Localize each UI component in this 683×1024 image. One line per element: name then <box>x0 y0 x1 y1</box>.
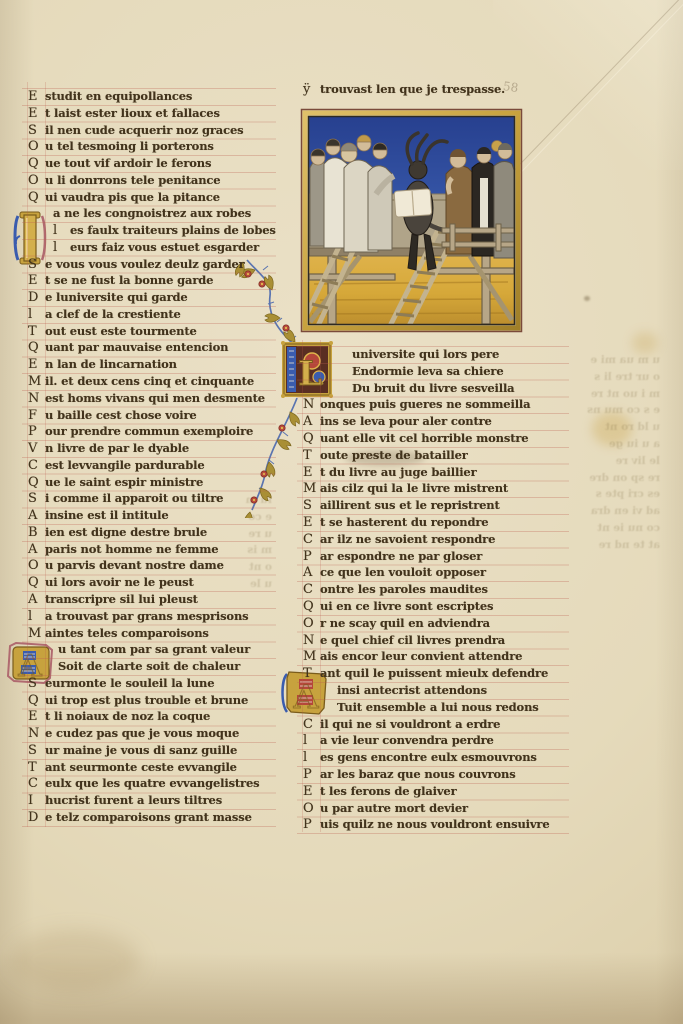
versal-letter: T <box>28 760 45 777</box>
versal-letter: E <box>303 784 320 801</box>
verse-text: ais encor leur convient attendre <box>320 649 522 663</box>
verse-line: Mil. et deux cens cinq et cinquante <box>28 373 272 390</box>
verse-line: Ou parvis devant nostre dame <box>28 557 272 574</box>
versal-letter: I <box>28 793 45 810</box>
verse-line: Se vous vous voulez deulz garder <box>28 256 272 273</box>
versal-letter: P <box>28 424 45 441</box>
verse-text: oute preste de batailler <box>320 448 468 462</box>
versal-letter: E <box>28 273 45 290</box>
versal-letter: P <box>303 817 320 834</box>
versal-letter: C <box>303 532 320 549</box>
verse-line: la vie leur convendra perdre <box>303 732 565 749</box>
verse-line: Qui vaudra pis que la pitance <box>28 189 272 206</box>
verse-line: Par les baraz que nous couvrons <box>303 766 565 783</box>
verse-line: Estudit en equipollances <box>28 88 272 105</box>
versal-letter: O <box>303 616 320 633</box>
verse-line: Ceulx que les quatre evvangelistres <box>28 775 272 792</box>
verse-text: ant seurmonte ceste evvangile <box>45 760 237 774</box>
versal-letter: C <box>28 458 45 475</box>
versal-letter: Q <box>303 599 320 616</box>
versal-letter: E <box>28 709 45 726</box>
header-verse-line: ÿtrouvast len que je trespasse. <box>303 81 505 98</box>
versal-letter: O <box>28 173 45 190</box>
versal-letter: A <box>303 565 320 582</box>
verse-line: Si comme il apparoit ou tiltre <box>28 490 272 507</box>
verse-text: ui trop est plus trouble et brune <box>45 693 248 707</box>
verse-line: universite qui lors pere <box>303 346 565 363</box>
verse-line: Quant par mauvaise entencion <box>28 339 272 356</box>
verse-text: ui en ce livre sont escriptes <box>320 599 493 613</box>
versal-letter: N <box>28 391 45 408</box>
verse-line: Ou par autre mort devier <box>303 800 565 817</box>
verse-line: leurs faiz vous estuet esgarder <box>28 239 272 256</box>
verse-text: il. et deux cens cinq et cinquante <box>45 374 254 388</box>
verse-text: eulx que les quatre evvangelistres <box>45 776 259 790</box>
versal-letter: C <box>303 582 320 599</box>
verse-text: uant par mauvaise entencion <box>45 340 228 354</box>
verse-text: t du livre au juge baillier <box>320 465 477 479</box>
verse-text: onques puis gueres ne sommeilla <box>320 397 530 411</box>
verse-text: est levvangile pardurable <box>45 458 205 472</box>
verse-text: n lan de lincarnation <box>45 357 177 371</box>
verse-line: Nonques puis gueres ne sommeilla <box>303 396 565 413</box>
verse-text: ur maine je vous di sanz guille <box>45 743 237 757</box>
verse-text: a vie leur convendra perdre <box>320 733 494 747</box>
verse-line: Par espondre ne par gloser <box>303 548 565 565</box>
versal-letter: D <box>28 290 45 307</box>
verse-line: Vn livre de par le dyable <box>28 440 272 457</box>
verse-text: e vous vous voulez deulz garder <box>45 257 245 271</box>
stain-yellow-small <box>632 332 658 354</box>
verse-line: Cil qui ne si vouldront a erdre <box>303 716 565 733</box>
verse-text: i comme il apparoit ou tiltre <box>45 491 223 505</box>
versal-letter: D <box>28 810 45 827</box>
verse-line: Soit de clarte soit de chaleur <box>28 658 272 675</box>
verse-text: ue le saint espir ministre <box>45 475 203 489</box>
verse-line: Pour prendre commun exemploire <box>28 423 272 440</box>
versal-letter: A <box>28 508 45 525</box>
verse-text: t les ferons de glaiver <box>320 784 457 798</box>
verse-text: e luniversite qui garde <box>45 290 188 304</box>
fold-crease <box>512 0 683 173</box>
versal-letter: Q <box>28 575 45 592</box>
verse-text: u tel tesmoing li porterons <box>45 139 214 153</box>
verse-line: De luniversite qui garde <box>28 289 272 306</box>
left-text-column: Estudit en equipollances Et laist ester … <box>28 88 272 826</box>
verse-line: Ne quel chief cil livres prendra <box>303 632 565 649</box>
verse-line: Puis quilz ne nous vouldront ensuivre <box>303 816 565 833</box>
versal-letter: Q <box>28 156 45 173</box>
verse-line: Ou tel tesmoing li porterons <box>28 138 272 155</box>
verse-line: Aparis not homme ne femme <box>28 541 272 558</box>
verse-line: a ne les congnoistrez aux robes <box>28 205 272 222</box>
verse-text: r ne scay quil en adviendra <box>320 616 490 630</box>
stain-speck <box>584 296 590 301</box>
verse-line: Ainsine est il intitule <box>28 507 272 524</box>
verse-text: ui vaudra pis que la pitance <box>45 190 220 204</box>
versal-letter: M <box>28 626 45 643</box>
verse-text: n livre de par le dyable <box>45 441 189 455</box>
verse-line: la clef de la crestiente <box>28 306 272 323</box>
verse-text: ontre les paroles maudites <box>320 582 488 596</box>
versal-letter: E <box>28 89 45 106</box>
versal-letter: P <box>303 549 320 566</box>
manuscript-page: u m ua mi eo ur tre li sm i uo nt ree s … <box>0 0 683 1024</box>
versal-letter: l <box>53 223 70 240</box>
miniature-devil-on-scaffold <box>300 108 523 333</box>
versal-letter: Q <box>28 190 45 207</box>
verse-text: aintes teles comparoisons <box>45 626 209 640</box>
verse-text: t laist ester lioux et fallaces <box>45 106 220 120</box>
verse-text: t se hasterent du repondre <box>320 515 488 529</box>
verse-line: les gens encontre eulx esmouvrons <box>303 749 565 766</box>
versal-letter: Q <box>303 431 320 448</box>
versal-letter: S <box>303 498 320 515</box>
right-text-column: universite qui lors pere Endormie leva s… <box>303 346 565 833</box>
verse-text: il qui ne si vouldront a erdre <box>320 717 500 731</box>
verse-line: Ihucrist furent a leurs tiltres <box>28 792 272 809</box>
verse-line: Tant seurmonte ceste evvangile <box>28 759 272 776</box>
verse-text: a clef de la crestiente <box>45 307 181 321</box>
verse-text: e quel chief cil livres prendra <box>320 633 505 647</box>
verse-text: uant elle vit cel horrible monstre <box>320 431 528 445</box>
versal-letter: O <box>28 558 45 575</box>
versal-letter: E <box>303 515 320 532</box>
verse-text: Endormie leva sa chiere <box>352 364 503 378</box>
versal-letter: O <box>28 139 45 156</box>
verse-line: Endormie leva sa chiere <box>303 363 565 380</box>
verse-text: ar ilz ne savoient respondre <box>320 532 495 546</box>
verse-text: insine est il intitule <box>45 508 169 522</box>
versal-letter: E <box>28 357 45 374</box>
verse-text: Soit de clarte soit de chaleur <box>58 659 240 673</box>
versal-letter: A <box>303 414 320 431</box>
versal-letter: A <box>28 592 45 609</box>
versal-letter: S <box>28 257 45 274</box>
verse-line: Et laist ester lioux et fallaces <box>28 105 272 122</box>
verse-line: Toute preste de batailler <box>303 447 565 464</box>
verse-line: Et se ne fust la bonne garde <box>28 272 272 289</box>
verse-line: u tant com par sa grant valeur <box>28 641 272 658</box>
versal-letter: N <box>303 633 320 650</box>
versal-letter: M <box>303 481 320 498</box>
verse-text: es gens encontre eulx esmouvrons <box>320 750 537 764</box>
versal-letter: T <box>28 324 45 341</box>
versal-letter: V <box>28 441 45 458</box>
versal-letter: A <box>28 542 45 559</box>
verse-line: Qui trop est plus trouble et brune <box>28 692 272 709</box>
verse-line: Ou li donrrons tele penitance <box>28 172 272 189</box>
verse-line: Or ne scay quil en adviendra <box>303 615 565 632</box>
verse-line: Tuit ensemble a lui nous redons <box>303 699 565 716</box>
verse-text: hucrist furent a leurs tiltres <box>45 793 222 807</box>
versal-letter: N <box>303 397 320 414</box>
versal-letter: l <box>303 750 320 767</box>
verse-text: u tant com par sa grant valeur <box>58 642 250 656</box>
verse-text: e cudez pas que je vous moque <box>45 726 239 740</box>
verse-text: Tuit ensemble a lui nous redons <box>337 700 539 714</box>
verse-line: Mais cilz qui la le livre mistrent <box>303 480 565 497</box>
versal-letter: M <box>303 649 320 666</box>
verse-line: En lan de lincarnation <box>28 356 272 373</box>
verse-line: Quant elle vit cel horrible monstre <box>303 430 565 447</box>
verse-text: il nen cude acquerir noz graces <box>45 123 243 137</box>
versal-letter: F <box>28 408 45 425</box>
versal-letter: C <box>303 717 320 734</box>
verse-line: la trouvast par grans mesprisons <box>28 608 272 625</box>
versal-letter: T <box>303 448 320 465</box>
verse-text: u baille cest chose voire <box>45 408 197 422</box>
versal-letter: l <box>303 733 320 750</box>
versal-letter: C <box>28 776 45 793</box>
versal-letter: ÿ <box>303 81 320 98</box>
verse-text: universite qui lors pere <box>352 347 499 361</box>
verse-line: Et du livre au juge baillier <box>303 464 565 481</box>
verse-text: our prendre commun exemploire <box>45 424 253 438</box>
verse-line: Qui lors avoir ne le peust <box>28 574 272 591</box>
verse-line: Mais encor leur convient attendre <box>303 648 565 665</box>
versal-letter: Q <box>28 693 45 710</box>
verse-line: Tant quil le puissent mieulx defendre <box>303 665 565 682</box>
versal-letter: E <box>303 465 320 482</box>
verse-text: ien est digne destre brule <box>45 525 207 539</box>
verse-text: t li noiaux de noz la coque <box>45 709 210 723</box>
fold-crease-highlight <box>516 0 683 178</box>
versal-letter: N <box>28 726 45 743</box>
verse-text: ant quil le puissent mieulx defendre <box>320 666 548 680</box>
verse-line: Saillirent sus et le repristrent <box>303 497 565 514</box>
versal-letter: O <box>303 801 320 818</box>
verse-line: Que tout vif ardoir le ferons <box>28 155 272 172</box>
verse-text: u par autre mort devier <box>320 801 468 815</box>
verse-line: Fu baille cest chose voire <box>28 407 272 424</box>
verse-text: transcripre sil lui pleust <box>45 592 198 606</box>
verse-text: aillirent sus et le repristrent <box>320 498 500 512</box>
verse-line: Sil nen cude acquerir noz graces <box>28 122 272 139</box>
verse-text: ce que len vouloit opposer <box>320 565 486 579</box>
verse-line: Sur maine je vous di sanz guille <box>28 742 272 759</box>
verse-line: insi antecrist attendons <box>303 682 565 699</box>
verse-text: ais cilz qui la le livre mistrent <box>320 481 508 495</box>
versal-letter: l <box>53 240 70 257</box>
versal-letter: T <box>303 666 320 683</box>
verse-line: Et les ferons de glaiver <box>303 783 565 800</box>
verse-line: Ace que len vouloit opposer <box>303 564 565 581</box>
verse-line: Car ilz ne savoient respondre <box>303 531 565 548</box>
verse-text: est homs vivans qui men desmente <box>45 391 265 405</box>
versal-letter: Q <box>28 340 45 357</box>
verse-line: Que le saint espir ministre <box>28 474 272 491</box>
verse-line: Maintes teles comparoisons <box>28 625 272 642</box>
verse-line: Contre les paroles maudites <box>303 581 565 598</box>
versal-letter: B <box>28 525 45 542</box>
verse-line: Nest homs vivans qui men desmente <box>28 390 272 407</box>
verse-text: ui lors avoir ne le peust <box>45 575 194 589</box>
verse-text: ar les baraz que nous couvrons <box>320 767 516 781</box>
verse-text: eurmonte le souleil la lune <box>45 676 214 690</box>
verse-text: eurs faiz vous estuet esgarder <box>70 240 259 254</box>
verse-text: Du bruit du livre sesveilla <box>352 381 514 395</box>
verse-text: e telz comparoisons grant masse <box>45 810 252 824</box>
verse-text: ins se leva pour aler contre <box>320 414 492 428</box>
verse-text: uis quilz ne nous vouldront ensuivre <box>320 817 550 831</box>
versal-letter: P <box>303 767 320 784</box>
verse-text: u li donrrons tele penitance <box>45 173 220 187</box>
versal-letter: Q <box>28 475 45 492</box>
versal-letter: S <box>28 491 45 508</box>
verse-line: De telz comparoisons grant masse <box>28 809 272 826</box>
verse-line: Et li noiaux de noz la coque <box>28 708 272 725</box>
versal-letter: S <box>28 123 45 140</box>
stain-bottom <box>10 930 140 990</box>
verse-line: Qui en ce livre sont escriptes <box>303 598 565 615</box>
verse-line: Atranscripre sil lui pleust <box>28 591 272 608</box>
verse-line: les faulx traiteurs plains de lobes <box>28 222 272 239</box>
verse-text: es faulx traiteurs plains de lobes <box>70 223 276 237</box>
verse-line: Seurmonte le souleil la lune <box>28 675 272 692</box>
verse-line: Ne cudez pas que je vous moque <box>28 725 272 742</box>
versal-letter: l <box>28 307 45 324</box>
versal-letter: l <box>28 609 45 626</box>
verse-line: Et se hasterent du repondre <box>303 514 565 531</box>
verse-text: t se ne fust la bonne garde <box>45 273 213 287</box>
verse-text: insi antecrist attendons <box>337 683 487 697</box>
verse-text: u parvis devant nostre dame <box>45 558 224 572</box>
verse-line: Bien est digne destre brule <box>28 524 272 541</box>
versal-letter: M <box>28 374 45 391</box>
verse-line: Cest levvangile pardurable <box>28 457 272 474</box>
versal-letter: E <box>28 106 45 123</box>
verse-text: studit en equipollances <box>45 89 192 103</box>
verse-text: paris not homme ne femme <box>45 542 218 556</box>
verse-text: trouvast len que je trespasse. <box>320 82 505 96</box>
verse-text: out eust este tourmente <box>45 324 197 338</box>
versal-letter: S <box>28 676 45 693</box>
verse-text: ar espondre ne par gloser <box>320 549 482 563</box>
verse-line: Tout eust este tourmente <box>28 323 272 340</box>
verse-text: a ne les congnoistrez aux robes <box>53 206 251 220</box>
verse-line: Ains se leva pour aler contre <box>303 413 565 430</box>
verse-text: a trouvast par grans mesprisons <box>45 609 249 623</box>
versal-letter: S <box>28 743 45 760</box>
verse-line: Du bruit du livre sesveilla <box>303 380 565 397</box>
verse-text: ue tout vif ardoir le ferons <box>45 156 211 170</box>
